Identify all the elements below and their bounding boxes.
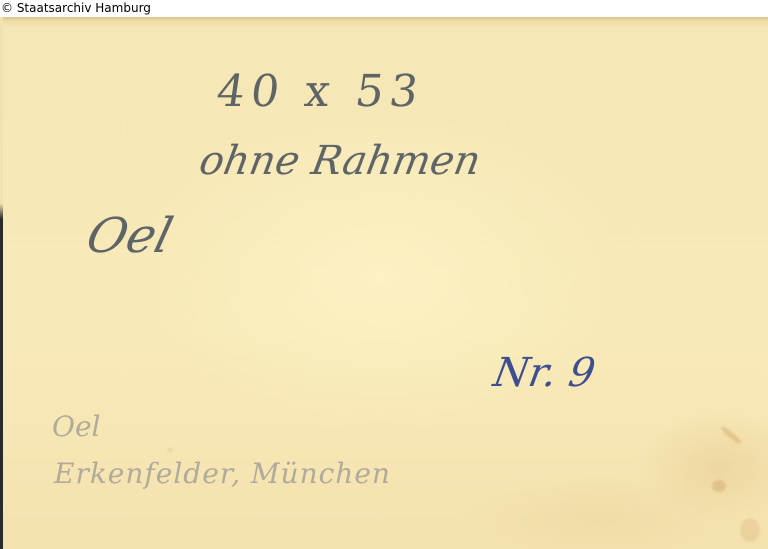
faint-handwritten-medium: Oel [52,410,100,443]
scan-left-edge [0,17,3,549]
handwritten-dimensions: 40 x 53 [213,66,427,117]
faint-handwritten-artist-location: Erkenfelder, München [54,457,391,490]
handwritten-catalog-number: Nr. 9 [490,350,599,396]
foxing-stain [168,448,172,452]
handwritten-frame-note: ohne Rahmen [196,138,484,184]
foxing-stain [740,518,760,542]
copyright-credit: © Staatsarchiv Hamburg [1,0,151,17]
handwritten-medium: Oel [81,208,178,264]
foxing-stain [712,480,726,492]
paper-top-edge [0,17,768,21]
